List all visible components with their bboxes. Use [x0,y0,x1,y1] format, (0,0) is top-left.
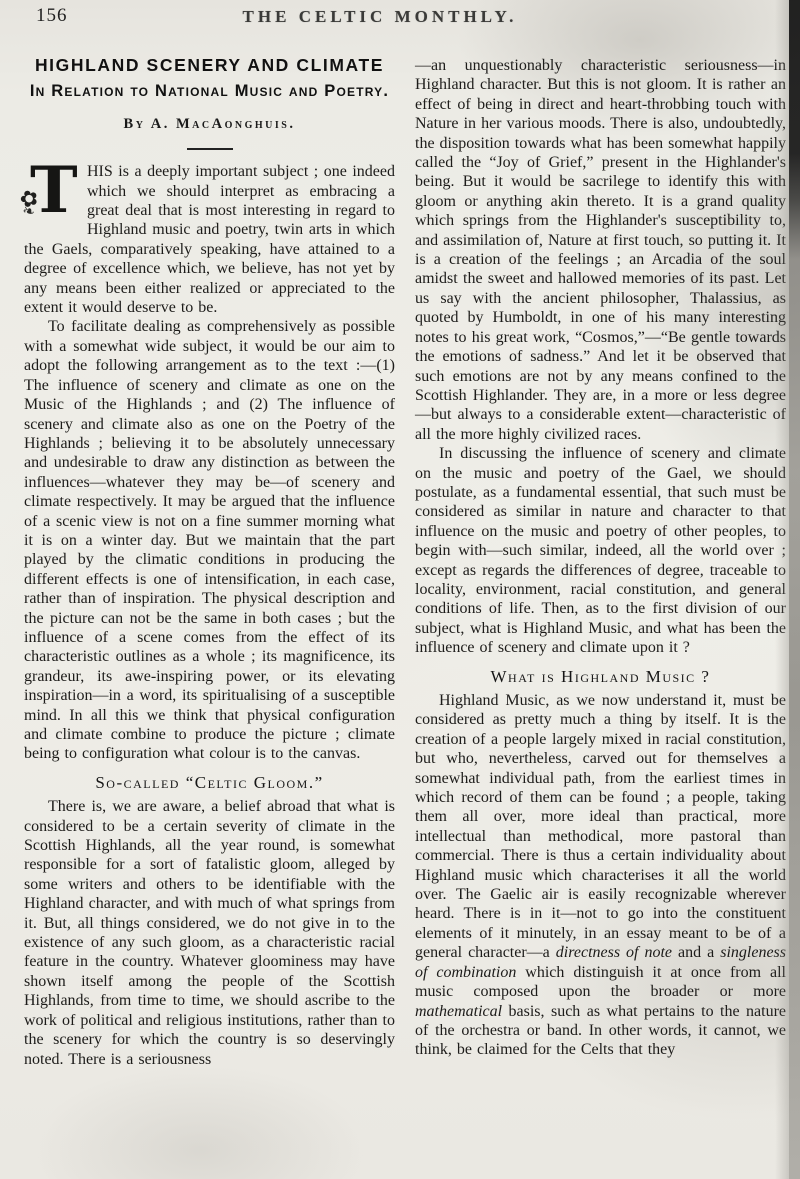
italic-phrase: mathematical [415,1003,502,1020]
paragraph-continuation: —an unquestionably characteristic seriou… [415,56,786,444]
left-column: HIGHLAND SCENERY AND CLIMATE In Relation… [24,46,395,1069]
scan-edge-shadow [789,0,800,1179]
paragraph-opening: ✿ ❧ T HIS is a deeply important subject … [24,162,395,317]
scanned-page: 156 THE CELTIC MONTHLY. HIGHLAND SCENERY… [0,0,800,1179]
paragraph-rich: Highland Music, as we now understand it,… [415,691,786,1060]
paragraph-text: and a [672,944,720,961]
paragraph: To facilitate dealing as comprehensively… [24,317,395,763]
drop-cap: ✿ ❧ T [24,165,80,222]
running-head: 156 THE CELTIC MONTHLY. [0,0,800,40]
paragraph: In discussing the influence of scenery a… [415,444,786,657]
paragraph: There is, we are aware, a belief abroad … [24,797,395,1069]
divider-rule [187,148,233,150]
article-subtitle: In Relation to National Music and Poetry… [24,82,395,101]
drop-cap-letter: T [30,159,78,223]
section-heading-what-is-highland-music: What is Highland Music ? [415,667,786,686]
right-column: —an unquestionably characteristic seriou… [415,46,786,1069]
two-column-body: HIGHLAND SCENERY AND CLIMATE In Relation… [0,40,800,1069]
scan-shadow-soft [775,0,789,1179]
paragraph-text: Highland Music, as we now understand it,… [415,692,786,961]
journal-title: THE CELTIC MONTHLY. [0,7,760,27]
article-title: HIGHLAND SCENERY AND CLIMATE [24,56,395,75]
italic-phrase: directness of note [556,944,672,961]
section-heading-celtic-gloom: So-called “Celtic Gloom.” [24,773,395,792]
byline: By A. MacAonghuis. [24,115,395,134]
